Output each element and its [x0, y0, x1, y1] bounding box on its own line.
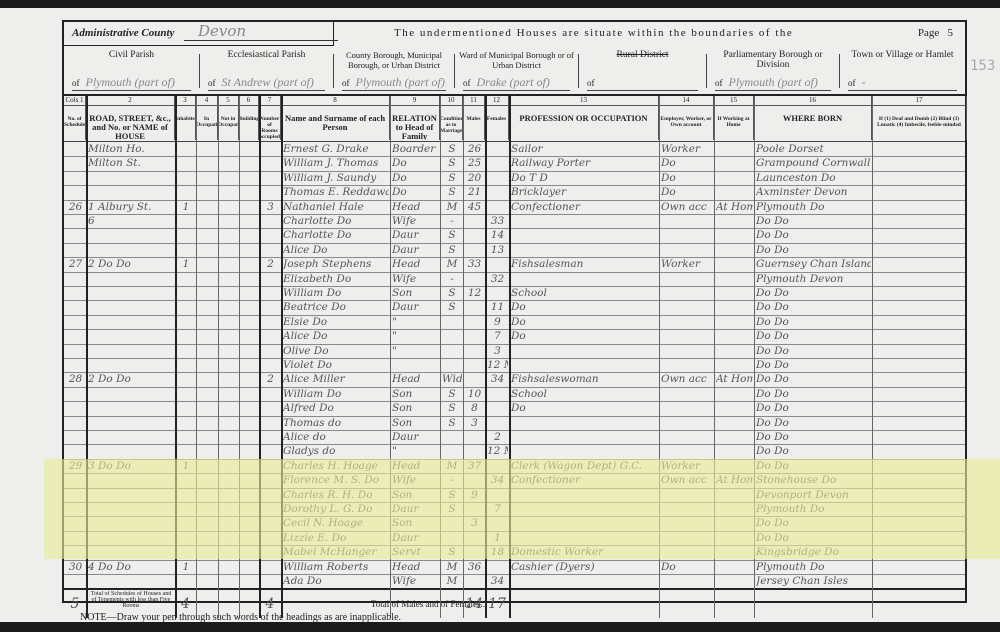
cell-cond: M: [442, 200, 462, 214]
cell-emp: Worker: [661, 142, 713, 156]
cell-rel: Head: [392, 372, 439, 386]
column-number: Cols 1: [64, 96, 86, 106]
cell-born: Do Do: [756, 416, 871, 430]
cell-address: [88, 243, 174, 257]
column-header: Inhabited: [175, 106, 196, 140]
cell-rooms: [261, 416, 280, 430]
cell-sched: [66, 574, 85, 588]
cell-rooms: [261, 574, 280, 588]
cell-emp: [661, 416, 713, 430]
cell-inf: [874, 344, 966, 358]
cell-home: [716, 430, 753, 444]
cell-home: [716, 315, 753, 329]
cell-f: 34: [487, 372, 508, 386]
cell-address: [88, 574, 174, 588]
cell-occ: [511, 444, 658, 458]
cell-f: 9: [487, 315, 508, 329]
cell-rooms: [261, 344, 280, 358]
cell-m: [465, 272, 484, 286]
cell-born: Jersey Chan Isles: [756, 574, 871, 588]
cell-name: Alice do: [283, 430, 389, 444]
ward: Ward of Municipal Borough or of Urban Di…: [455, 46, 578, 94]
cell-name: Alice Do: [283, 243, 389, 257]
cell-m: [465, 243, 484, 257]
cell-born: Do Do: [756, 214, 871, 228]
column-header: If (1) Deaf and Dumb (2) Blind (3) Lunat…: [872, 106, 967, 140]
cell-born: Do Do: [756, 315, 871, 329]
cell-cond: S: [442, 300, 462, 314]
cell-sched: [66, 344, 85, 358]
cell-f: 7: [487, 329, 508, 343]
parliamentary-borough-field: ofPlymouth (part of): [715, 75, 831, 91]
footnote: NOTE—Draw your pen through such words of…: [80, 612, 401, 623]
cell-emp: [661, 344, 713, 358]
cell-sched: [66, 228, 85, 242]
cell-rel: ": [392, 444, 439, 458]
cell-inh: [177, 358, 195, 372]
cell-sched: [66, 444, 85, 458]
cell-m: [465, 228, 484, 242]
cell-emp: [661, 243, 713, 257]
cell-inh: [177, 300, 195, 314]
ward-field: ofDrake (part of): [463, 75, 570, 91]
cell-born: Do Do: [756, 372, 871, 386]
column-number: 16: [754, 96, 872, 106]
cell-cond: S: [442, 387, 462, 401]
cell-inf: [874, 228, 966, 242]
column-number: 17: [872, 96, 967, 106]
cell-cond: S: [442, 243, 462, 257]
cell-inh: [177, 185, 195, 199]
cell-rooms: [261, 358, 280, 372]
cell-sched: [66, 142, 85, 156]
cell-occ: [511, 416, 658, 430]
cell-inf: [874, 416, 966, 430]
cell-address: 2 Do Do: [88, 257, 174, 271]
column-number: 3: [175, 96, 196, 106]
column-header: If Working at Home: [714, 106, 754, 140]
cell-emp: Do: [661, 560, 713, 574]
cell-emp: Do: [661, 171, 713, 185]
of-prefix: of: [342, 78, 350, 88]
county-borough-field: ofPlymouth (part of): [342, 75, 446, 91]
cell-cond: S: [442, 185, 462, 199]
cell-address: [88, 401, 174, 415]
cell-emp: [661, 387, 713, 401]
of-prefix: of: [715, 78, 723, 88]
cell-inh: 1: [177, 560, 195, 574]
cell-inf: [874, 401, 966, 415]
cell-born: Do Do: [756, 401, 871, 415]
cell-cond: -: [442, 272, 462, 286]
cell-address: [88, 185, 174, 199]
cell-home: [716, 387, 753, 401]
cell-rel: Wife: [392, 214, 439, 228]
cell-cond: S: [442, 416, 462, 430]
cell-rooms: [261, 300, 280, 314]
cell-address: Milton Ho.: [88, 142, 174, 156]
cell-occ: [511, 344, 658, 358]
cell-occ: [511, 214, 658, 228]
cell-cond: S: [442, 286, 462, 300]
cell-m: [465, 329, 484, 343]
cell-home: [716, 156, 753, 170]
cell-rooms: [261, 286, 280, 300]
cell-rooms: [261, 214, 280, 228]
cell-name: Gladys do: [283, 444, 389, 458]
cell-rooms: [261, 228, 280, 242]
cell-inh: [177, 430, 195, 444]
cell-m: 21: [465, 185, 484, 199]
cell-sched: 27: [66, 257, 85, 271]
cell-sched: [66, 156, 85, 170]
cell-name: Alice Do: [283, 329, 389, 343]
cell-occ: [511, 574, 658, 588]
cell-m: 26: [465, 142, 484, 156]
rural-district-label: Rural District: [579, 50, 706, 60]
cell-name: Joseph Stephens: [283, 257, 389, 271]
cell-f: [487, 156, 508, 170]
cell-inh: [177, 344, 195, 358]
cell-born: Do Do: [756, 243, 871, 257]
town-village-hamlet-field: of-: [848, 75, 957, 91]
cell-sched: [66, 315, 85, 329]
cell-home: [716, 272, 753, 286]
column-number: 14: [659, 96, 714, 106]
cell-home: [716, 358, 753, 372]
of-prefix: of: [463, 78, 471, 88]
county-borough-value: Plymouth (part of): [356, 75, 445, 89]
cell-name: Ada Do: [283, 574, 389, 588]
cell-occ: [511, 243, 658, 257]
cell-name: Thomas do: [283, 416, 389, 430]
cell-sched: [66, 214, 85, 228]
cell-home: [716, 142, 753, 156]
cell-name: William Do: [283, 387, 389, 401]
county-borough-label: County Borough, Municipal Borough, or Ur…: [334, 50, 454, 70]
cell-inh: [177, 329, 195, 343]
cell-rel: Wife: [392, 272, 439, 286]
column-number: 9: [390, 96, 440, 106]
cell-rooms: [261, 329, 280, 343]
cell-rooms: [261, 315, 280, 329]
cell-m: [465, 430, 484, 444]
column-number: 8: [281, 96, 390, 106]
cell-rel: Do: [392, 171, 439, 185]
cell-sched: [66, 387, 85, 401]
cell-emp: [661, 358, 713, 372]
civil-parish: Civil Parish ofPlymouth (part of): [64, 46, 199, 94]
cell-emp: [661, 315, 713, 329]
cell-rooms: 2: [261, 372, 280, 386]
of-prefix: of: [587, 78, 595, 88]
cell-home: [716, 185, 753, 199]
cell-inh: [177, 214, 195, 228]
cell-occ: School: [511, 387, 658, 401]
civil-parish-value: Plymouth (part of): [86, 75, 175, 89]
cell-f: [487, 257, 508, 271]
cell-born: Do Do: [756, 387, 871, 401]
cell-home: [716, 286, 753, 300]
cell-occ: Cashier (Dyers): [511, 560, 658, 574]
cell-home: [716, 416, 753, 430]
cell-address: [88, 272, 174, 286]
cell-inh: 1: [177, 200, 195, 214]
cell-born: Do Do: [756, 430, 871, 444]
cell-rel: Boarder: [392, 142, 439, 156]
cell-occ: [511, 272, 658, 286]
cell-m: [465, 574, 484, 588]
cell-occ: Do T D: [511, 171, 658, 185]
cell-home: [716, 171, 753, 185]
cell-sched: [66, 286, 85, 300]
cell-sched: 30: [66, 560, 85, 574]
cell-address: [88, 430, 174, 444]
cell-occ: Fishsaleswoman: [511, 372, 658, 386]
cell-sched: [66, 416, 85, 430]
of-prefix: of: [72, 78, 80, 88]
cell-inf: [874, 257, 966, 271]
cell-rooms: 2: [261, 257, 280, 271]
cell-m: [465, 358, 484, 372]
cell-home: [716, 401, 753, 415]
cell-rel: Head: [392, 257, 439, 271]
ecclesiastical-parish-field: ofSt Andrew (part of): [208, 75, 325, 91]
cell-inh: [177, 574, 195, 588]
cell-m: 36: [465, 560, 484, 574]
cell-emp: [661, 329, 713, 343]
cell-sched: 28: [66, 372, 85, 386]
cell-emp: [661, 228, 713, 242]
parliamentary-borough-value: Plymouth (part of): [729, 75, 818, 89]
cell-inf: [874, 387, 966, 401]
page-number: Page 5: [918, 27, 953, 39]
cell-cond: Wid: [442, 372, 462, 386]
cell-rel: Do: [392, 185, 439, 199]
cell-emp: [661, 574, 713, 588]
column-number: 12: [485, 96, 509, 106]
cell-home: [716, 228, 753, 242]
cell-m: 45: [465, 200, 484, 214]
cell-m: 10: [465, 387, 484, 401]
column-number: 11: [463, 96, 485, 106]
cell-emp: Own acc: [661, 372, 713, 386]
column-number: 13: [509, 96, 659, 106]
cell-cond: [442, 344, 462, 358]
cell-inh: [177, 228, 195, 242]
cell-born: Plymouth Devon: [756, 272, 871, 286]
cell-rooms: [261, 243, 280, 257]
cell-f: 32: [487, 272, 508, 286]
column-header: No. of Schedule: [64, 106, 86, 140]
cell-rel: Daur: [392, 430, 439, 444]
cell-born: Plymouth Do: [756, 200, 871, 214]
cell-rel: ": [392, 344, 439, 358]
cell-sched: [66, 171, 85, 185]
cell-inf: [874, 372, 966, 386]
cell-address: [88, 344, 174, 358]
cell-occ: Do: [511, 315, 658, 329]
civil-parish-field: ofPlymouth (part of): [72, 75, 191, 91]
cell-inf: [874, 214, 966, 228]
cell-emp: Worker: [661, 257, 713, 271]
cell-address: [88, 358, 174, 372]
cell-inf: [874, 142, 966, 156]
cell-occ: School: [511, 286, 658, 300]
column-header: PROFESSION OR OCCUPATION: [509, 106, 659, 140]
cell-occ: [511, 430, 658, 444]
ward-label: Ward of Municipal Borough or of Urban Di…: [455, 50, 578, 70]
cell-f: [487, 560, 508, 574]
column-header: Condition as to Marriage: [440, 106, 463, 140]
cell-name: Alice Miller: [283, 372, 389, 386]
cell-m: [465, 315, 484, 329]
cell-inh: [177, 142, 195, 156]
cell-f: [487, 171, 508, 185]
cell-inf: [874, 560, 966, 574]
cell-name: Olive Do: [283, 344, 389, 358]
town-village-hamlet-value: -: [862, 75, 866, 89]
administrative-county-box: Administrative County Devon: [64, 22, 334, 46]
cell-cond: [442, 430, 462, 444]
cell-cond: S: [442, 156, 462, 170]
cell-inf: [874, 185, 966, 199]
cell-rooms: [261, 401, 280, 415]
cell-inf: [874, 358, 966, 372]
cell-address: Milton St.: [88, 156, 174, 170]
column-header: ROAD, STREET, &c., and No. or NAME of HO…: [86, 106, 175, 140]
ward-value: Drake (part of): [477, 75, 550, 89]
cell-f: 11: [487, 300, 508, 314]
cell-address: [88, 228, 174, 242]
civil-parish-label: Civil Parish: [64, 50, 199, 60]
cell-m: [465, 344, 484, 358]
cell-inf: [874, 286, 966, 300]
cell-inf: [874, 574, 966, 588]
cell-sched: [66, 329, 85, 343]
cell-rel: Wife: [392, 574, 439, 588]
cell-inh: [177, 401, 195, 415]
column-number: 7: [259, 96, 281, 106]
cell-home: At Home: [716, 372, 753, 386]
column-header: Not in Occupation: [218, 106, 239, 140]
cell-name: Charlotte Do: [283, 214, 389, 228]
cell-occ: Fishsalesman: [511, 257, 658, 271]
cell-home: [716, 329, 753, 343]
cell-name: Nathaniel Hale: [283, 200, 389, 214]
cell-occ: Confectioner: [511, 200, 658, 214]
cell-f: 3: [487, 344, 508, 358]
cell-address: [88, 444, 174, 458]
cell-rel: Head: [392, 560, 439, 574]
administrative-county-value: Devon: [184, 22, 338, 41]
cell-rel: Son: [392, 286, 439, 300]
column-header: In Occupation: [196, 106, 218, 140]
cell-rooms: [261, 142, 280, 156]
cell-name: William J. Saundy: [283, 171, 389, 185]
cell-rel: Head: [392, 200, 439, 214]
cell-name: Beatrice Do: [283, 300, 389, 314]
column-header: RELATION to Head of Family: [390, 106, 440, 140]
cell-m: [465, 214, 484, 228]
cell-inh: [177, 243, 195, 257]
form-header: Administrative County Devon The undermen…: [64, 22, 965, 46]
cell-f: 12 Mo: [487, 358, 508, 372]
cell-name: William Do: [283, 286, 389, 300]
cell-f: 34: [487, 574, 508, 588]
cell-inh: [177, 416, 195, 430]
cell-name: Elizabeth Do: [283, 272, 389, 286]
cell-name: William Roberts: [283, 560, 389, 574]
cell-emp: Do: [661, 185, 713, 199]
cell-sched: [66, 272, 85, 286]
town-village-hamlet: Town or Village or Hamlet of-: [840, 46, 965, 94]
cell-born: Do Do: [756, 228, 871, 242]
ecclesiastical-parish-label: Ecclesiastical Parish: [200, 50, 333, 60]
cell-rel: Do: [392, 156, 439, 170]
cell-cond: S: [442, 401, 462, 415]
cell-emp: [661, 272, 713, 286]
cell-born: Guernsey Chan Islands: [756, 257, 871, 271]
cell-born: Do Do: [756, 358, 871, 372]
cell-born: Do Do: [756, 344, 871, 358]
county-borough: County Borough, Municipal Borough, or Ur…: [334, 46, 454, 94]
ecclesiastical-parish: Ecclesiastical Parish ofSt Andrew (part …: [200, 46, 333, 94]
cell-inf: [874, 243, 966, 257]
cell-m: 3: [465, 416, 484, 430]
cell-inf: [874, 315, 966, 329]
cell-m: [465, 444, 484, 458]
column-number: 4: [196, 96, 218, 106]
cell-emp: Do: [661, 156, 713, 170]
page-number-value: 5: [948, 27, 954, 39]
cell-occ: Do: [511, 300, 658, 314]
cell-sched: [66, 430, 85, 444]
cell-home: [716, 560, 753, 574]
cell-rel: Daur: [392, 300, 439, 314]
of-prefix: of: [848, 78, 856, 88]
cell-emp: [661, 401, 713, 415]
cell-cond: M: [442, 574, 462, 588]
cell-emp: [661, 286, 713, 300]
cell-rooms: [261, 430, 280, 444]
cell-inf: [874, 272, 966, 286]
cell-inh: [177, 171, 195, 185]
of-prefix: of: [208, 78, 216, 88]
cell-born: Do Do: [756, 300, 871, 314]
page-label: Page: [918, 27, 939, 39]
column-header: Employer, Worker, or Own account: [659, 106, 714, 140]
cell-inh: [177, 156, 195, 170]
cell-occ: Railway Porter: [511, 156, 658, 170]
cell-rel: Daur: [392, 228, 439, 242]
cell-inf: [874, 430, 966, 444]
cell-address: 4 Do Do: [88, 560, 174, 574]
cell-home: [716, 257, 753, 271]
intro-text: The undermentioned Houses are situate wi…: [394, 27, 793, 39]
cell-cond: S: [442, 228, 462, 242]
cell-f: [487, 185, 508, 199]
cell-name: Ernest G. Drake: [283, 142, 389, 156]
folio-stamp: 153: [970, 58, 995, 74]
column-header: Number of Rooms occupied if less than Fi…: [259, 106, 281, 140]
administrative-county-label: Administrative County: [72, 27, 174, 39]
cell-f: [487, 401, 508, 415]
column-number: 5: [218, 96, 239, 106]
cell-f: 12 Mo: [487, 444, 508, 458]
cell-emp: [661, 444, 713, 458]
cell-name: Alfred Do: [283, 401, 389, 415]
